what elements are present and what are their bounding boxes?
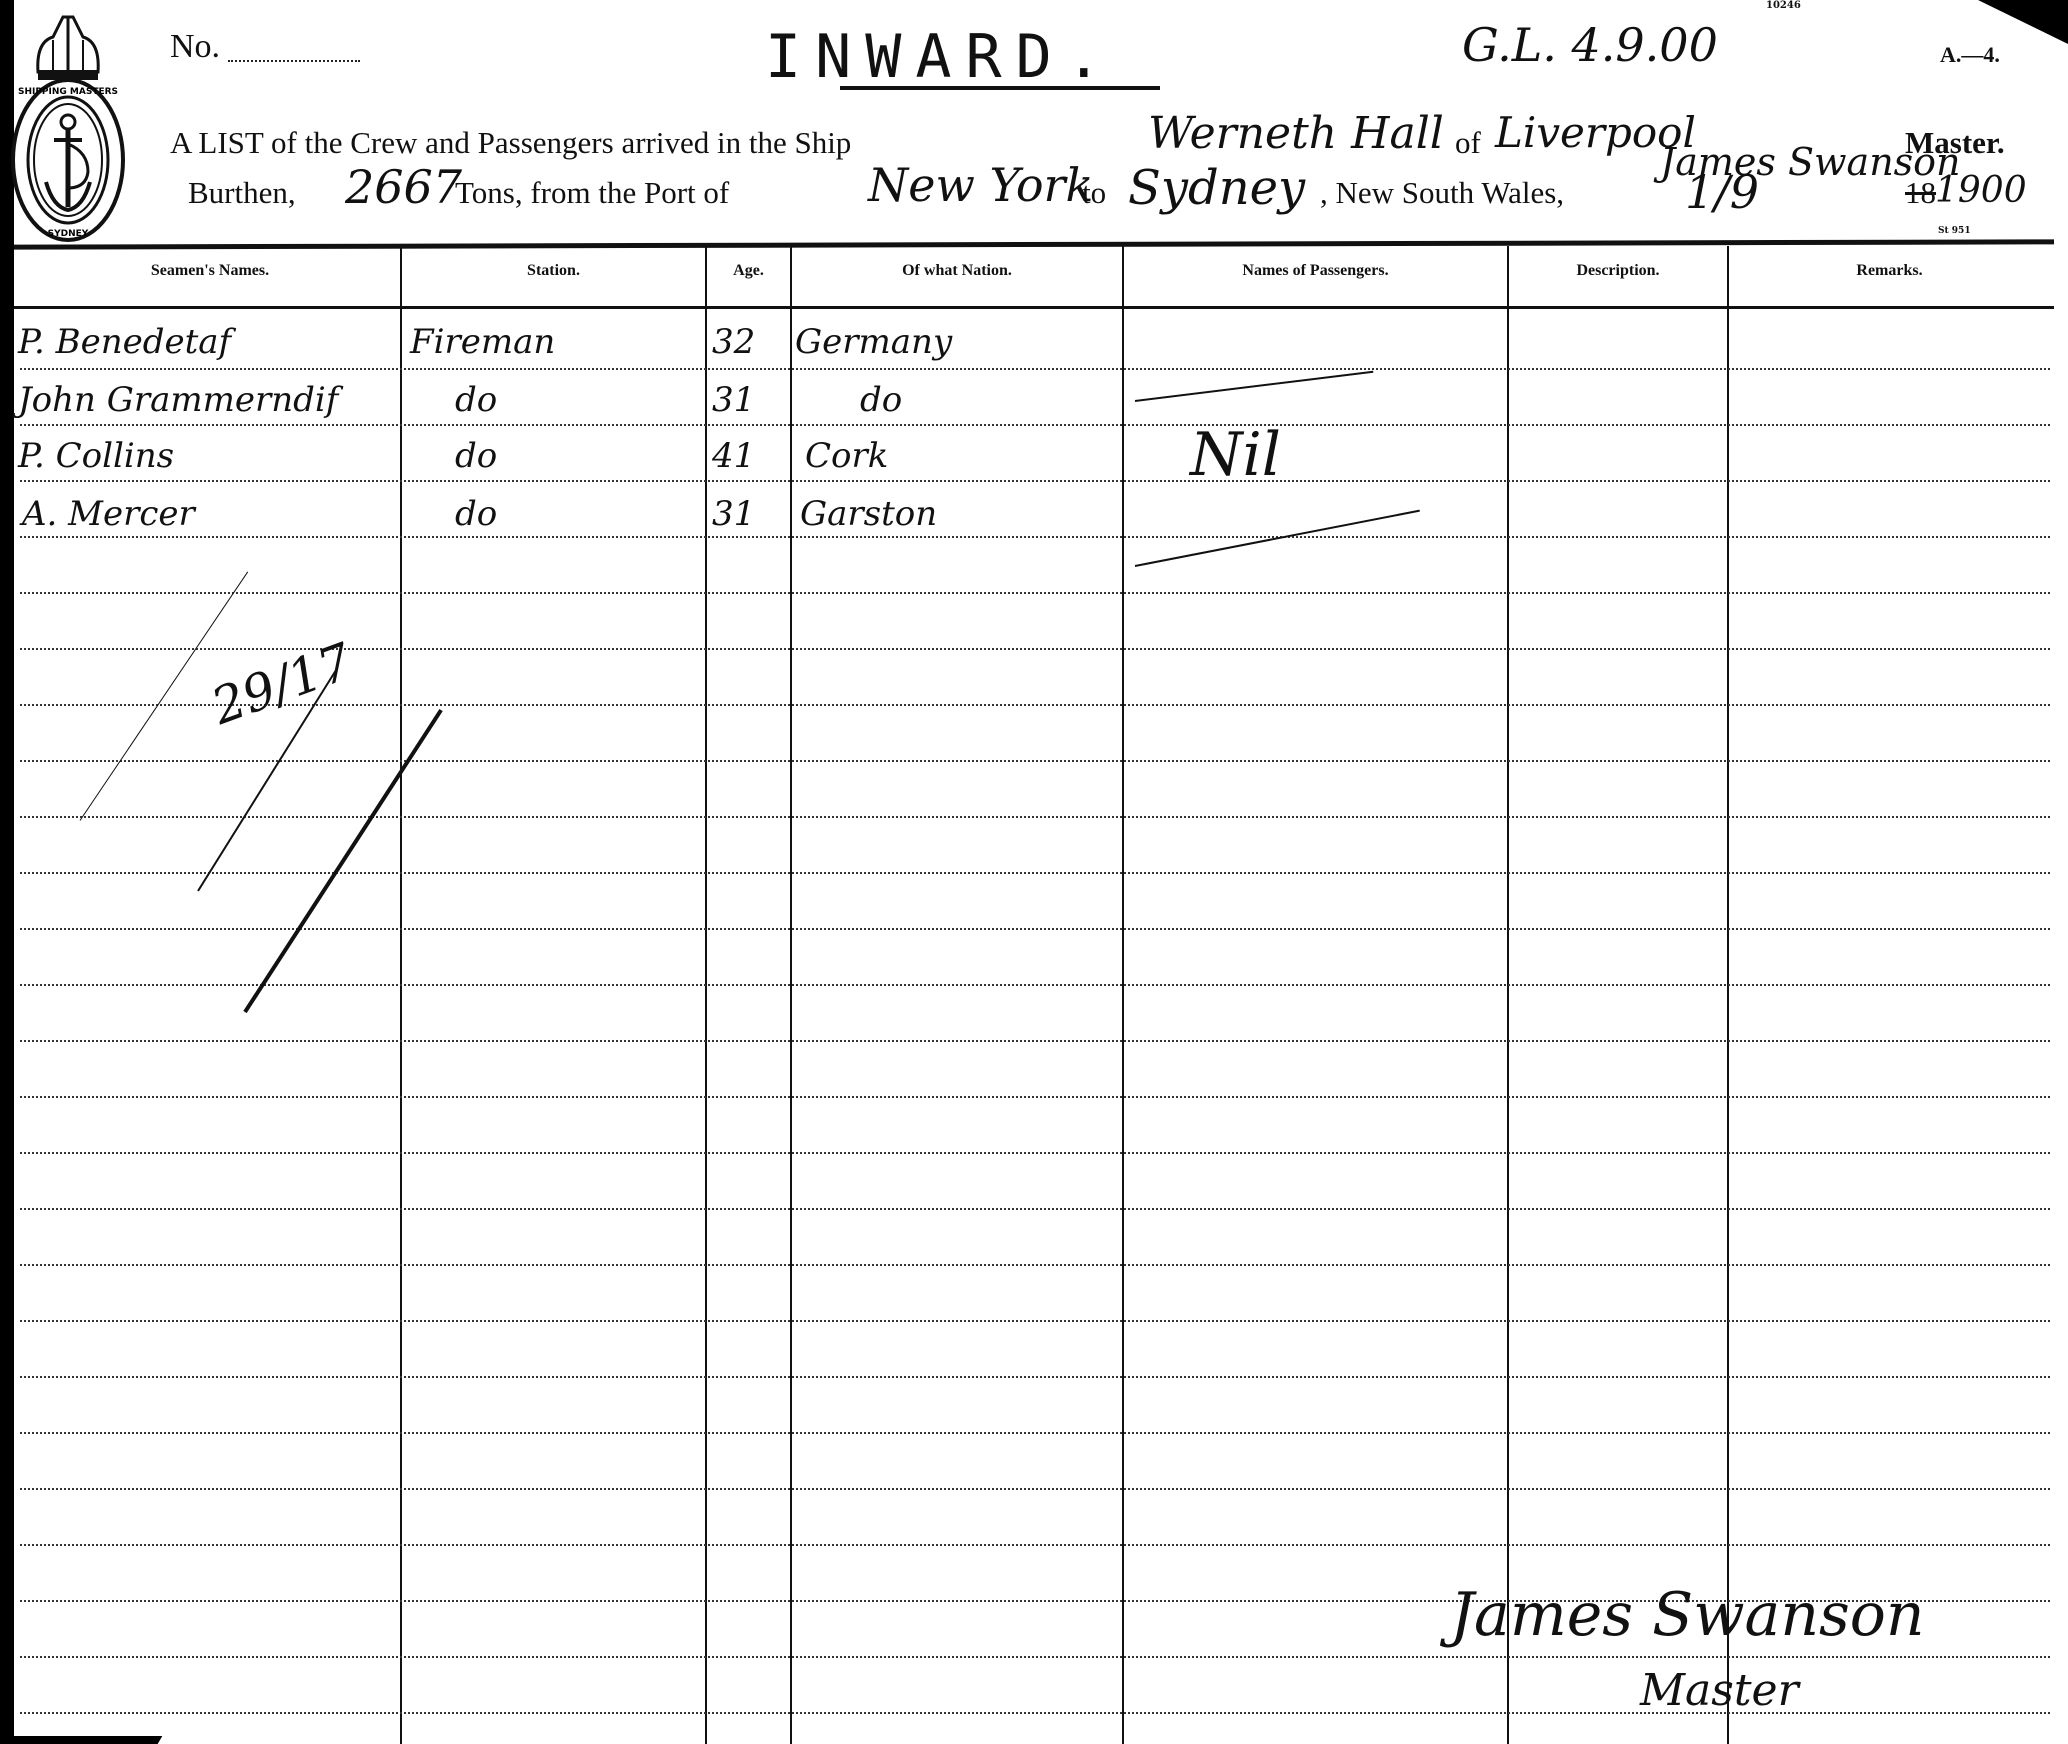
dotted-row-line: [20, 1096, 2050, 1098]
dotted-row-line: [20, 536, 2050, 538]
dotted-row-line: [20, 1432, 2050, 1434]
dotted-row-line: [20, 1320, 2050, 1322]
shipping-masters-seal-icon: SHIPPING MASTERS SYDNEY: [8, 12, 128, 242]
seaman-age: 32: [712, 322, 755, 362]
burthen-tons: 2667: [345, 160, 462, 214]
dotted-row-line: [20, 1040, 2050, 1042]
ship-name: Werneth Hall: [1148, 108, 1444, 159]
seaman-station: do: [455, 494, 497, 534]
seaman-age: 31: [712, 494, 755, 534]
to-label: to: [1082, 175, 1106, 211]
column-header-station: Station.: [402, 262, 705, 280]
seaman-age: 41: [712, 436, 755, 476]
master-signature-title: Master: [1640, 1665, 1799, 1716]
title-underline: [840, 86, 1160, 90]
dotted-row-line: [20, 480, 2050, 482]
burthen-label: Burthen,: [188, 175, 296, 211]
dotted-row-line: [20, 1264, 2050, 1266]
passengers-strike-line-bottom: [1135, 510, 1420, 567]
seaman-nation: Germany: [795, 322, 952, 362]
dotted-row-line: [20, 1152, 2050, 1154]
dotted-row-line: [20, 424, 2050, 426]
master-signature: James Swanson: [1450, 1580, 1925, 1650]
seaman-station: do: [455, 380, 497, 420]
form-code: A.—4.: [1940, 42, 2000, 68]
dotted-row-line: [20, 1544, 2050, 1546]
dotted-row-line: [20, 1656, 2050, 1658]
print-reference: St 951: [1938, 226, 1971, 236]
to-port: Sydney: [1128, 160, 1305, 216]
column-header-remarks: Remarks.: [1729, 262, 2050, 280]
dotted-row-line: [20, 1208, 2050, 1210]
dotted-row-line: [20, 1488, 2050, 1490]
written-year: 1900: [1935, 170, 2027, 211]
tons-from-port-label: Tons, from the Port of: [455, 175, 729, 211]
svg-text:SHIPPING MASTERS: SHIPPING MASTERS: [18, 87, 118, 97]
dotted-row-line: [20, 760, 2050, 762]
dotted-row-line: [20, 928, 2050, 930]
column-divider: [1727, 246, 1729, 1744]
dotted-row-line: [20, 984, 2050, 986]
heading-line1-prefix: A LIST of the Crew and Passengers arrive…: [170, 125, 851, 161]
seaman-age: 31: [712, 380, 755, 420]
new-south-wales-label: , New South Wales,: [1320, 175, 1564, 211]
scan-corner-top-right: [1978, 0, 2068, 44]
table-top-rule: [14, 239, 2054, 249]
heading-of-label: of: [1455, 125, 1481, 161]
arrival-date: 1/9: [1685, 165, 1759, 219]
column-header-description: Description.: [1509, 262, 1727, 280]
column-header-age: Age.: [707, 262, 790, 280]
column-header-passengers: Names of Passengers.: [1124, 262, 1507, 280]
seaman-name: John Grammerndif: [18, 380, 338, 420]
dotted-row-line: [20, 704, 2050, 706]
seaman-name: A. Mercer: [22, 494, 195, 534]
column-divider: [1507, 246, 1509, 1744]
column-divider: [790, 246, 792, 1744]
column-header-seamens-names: Seamen's Names.: [20, 262, 400, 280]
passengers-strike-line-top: [1135, 371, 1373, 402]
svg-text:SYDNEY: SYDNEY: [48, 229, 89, 239]
document-number: 10246: [1766, 0, 1801, 11]
seaman-name: P. Benedetaf: [18, 322, 231, 362]
column-divider: [705, 246, 707, 1744]
dotted-row-line: [20, 872, 2050, 874]
margin-diagonal-line: [243, 709, 442, 1013]
top-handwritten-annotation: G.L. 4.9.00: [1462, 18, 1718, 72]
scan-edge-bottom: [0, 1736, 162, 1744]
seaman-station: do: [455, 436, 497, 476]
dotted-row-line: [20, 816, 2050, 818]
from-port: New York: [868, 158, 1093, 212]
dotted-row-line: [20, 368, 2050, 370]
column-divider: [400, 246, 402, 1744]
seaman-name: P. Collins: [18, 436, 174, 476]
passengers-nil: Nil: [1190, 420, 1281, 490]
printed-year-prefix: 18: [1905, 175, 1936, 211]
page-title: INWARD.: [765, 22, 1116, 92]
master-label: Master.: [1905, 125, 2005, 161]
seaman-nation: Cork: [805, 436, 888, 476]
column-divider: [1122, 246, 1124, 1744]
column-header-nation: Of what Nation.: [792, 262, 1122, 280]
seaman-station: Fireman: [410, 322, 555, 362]
table-header-rule: [14, 306, 2054, 309]
seaman-nation: do: [860, 380, 902, 420]
number-label: No.: [170, 28, 220, 66]
scan-edge-left: [0, 0, 14, 1744]
dotted-row-line: [20, 1376, 2050, 1378]
dotted-row-line: [20, 592, 2050, 594]
seaman-nation: Garston: [800, 494, 937, 534]
number-field: [228, 60, 360, 62]
